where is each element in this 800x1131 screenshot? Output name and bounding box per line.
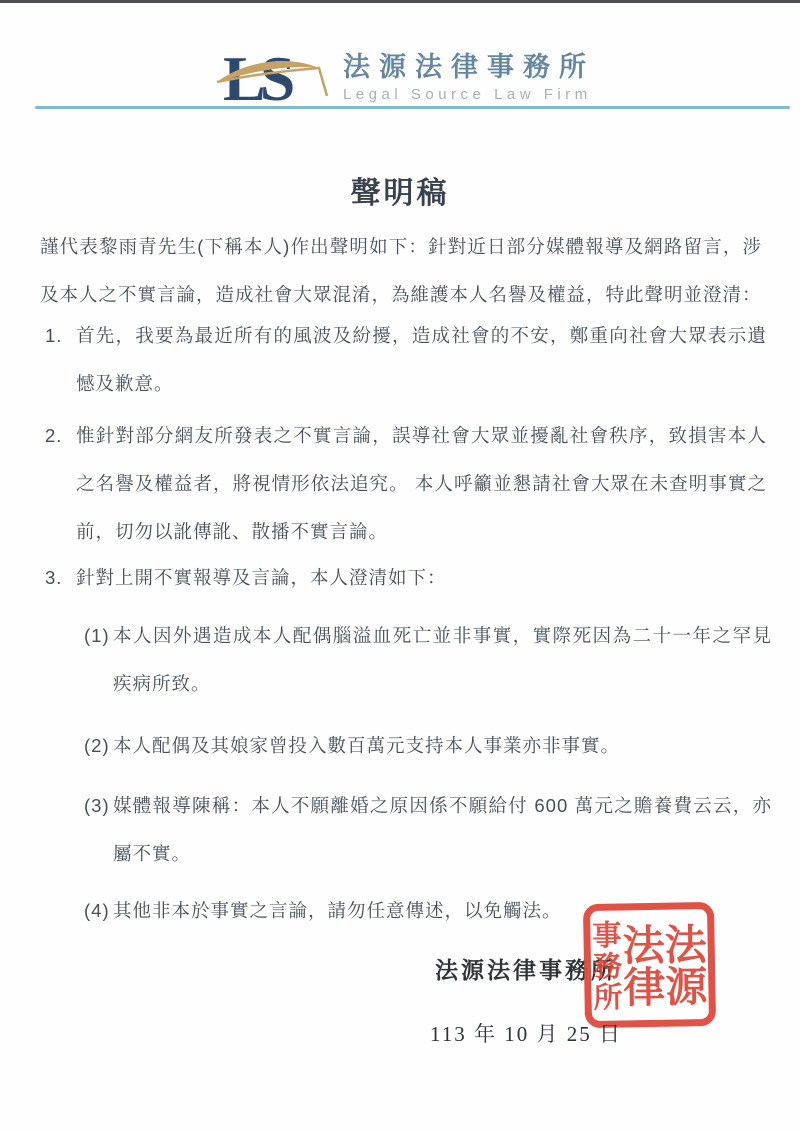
seal-column-right: 法源 xyxy=(660,913,704,1016)
list-text-2: 惟針對部分網友所發表之不實言論，誤導社會大眾並擾亂社會秩序，致損害本人之名譽及權… xyxy=(76,425,767,542)
scan-edge-artifact xyxy=(0,0,800,3)
letterhead: LS 法源法律事務所 Legal Source Law Firm xyxy=(215,38,595,116)
statement-date: 113 年 10 月 25 日 xyxy=(430,1018,622,1048)
sub-marker-2: (2) xyxy=(84,722,110,770)
statement-document: LS 法源法律事務所 Legal Source Law Firm 聲明稿 謹代表… xyxy=(0,0,800,1131)
ls-quill-logo-icon: LS xyxy=(215,38,333,116)
sub-item-2: (2) 本人配偶及其娘家曾投入數百萬元支持本人事業亦非事實。 xyxy=(84,722,772,770)
intro-paragraph: 謹代表黎雨青先生(下稱本人)作出聲明如下：針對近日部分媒體報導及網路留言，涉及本… xyxy=(40,223,762,319)
list-text-3: 針對上開不實報導及言論，本人澄清如下： xyxy=(76,567,447,588)
firm-name-block: 法源法律事務所 Legal Source Law Firm xyxy=(343,51,595,102)
document-title: 聲明稿 xyxy=(0,168,800,212)
sub-text-3: 媒體報導陳稱：本人不願離婚之原因係不願給付 600 萬元之贍養費云云，亦屬不實。 xyxy=(113,795,772,864)
firm-name-chinese: 法源法律事務所 xyxy=(343,51,595,83)
list-item-1: 1. 首先，我要為最近所有的風波及紛擾，造成社會的不安，鄭重向社會大眾表示遺憾及… xyxy=(45,312,767,408)
list-marker-3: 3. xyxy=(45,554,62,602)
seal-column-left: 事務所 xyxy=(589,915,620,1017)
list-text-1: 首先，我要為最近所有的風波及紛擾，造成社會的不安，鄭重向社會大眾表示遺憾及歉意。 xyxy=(76,325,767,394)
list-item-3: 3. 針對上開不實報導及言論，本人澄清如下： xyxy=(45,554,767,602)
list-item-2: 2. 惟針對部分網友所發表之不實言論，誤導社會大眾並擾亂社會秩序，致損害本人之名… xyxy=(45,412,767,556)
list-marker-2: 2. xyxy=(45,412,62,460)
sub-text-1: 本人因外遇造成本人配偶腦溢血死亡並非事實，實際死因為二十一年之罕見疾病所致。 xyxy=(113,625,772,694)
red-seal-stamp: 法源 法律 事務所 xyxy=(583,902,716,1028)
sub-marker-3: (3) xyxy=(84,782,110,830)
sub-text-4: 其他非本於事實之言論，請勿任意傳述，以免觸法。 xyxy=(113,900,562,921)
sub-marker-1: (1) xyxy=(84,612,110,660)
firm-name-english: Legal Source Law Firm xyxy=(343,86,595,103)
sub-text-2: 本人配偶及其娘家曾投入數百萬元支持本人事業亦非事實。 xyxy=(113,735,620,756)
header-divider-line xyxy=(35,106,790,109)
sub-marker-4: (4) xyxy=(84,887,110,935)
seal-column-middle: 法律 xyxy=(618,914,662,1017)
sub-item-1: (1) 本人因外遇造成本人配偶腦溢血死亡並非事實，實際死因為二十一年之罕見疾病所… xyxy=(84,612,772,708)
sub-item-3: (3) 媒體報導陳稱：本人不願離婚之原因係不願給付 600 萬元之贍養費云云，亦… xyxy=(84,782,772,878)
list-marker-1: 1. xyxy=(45,312,62,360)
